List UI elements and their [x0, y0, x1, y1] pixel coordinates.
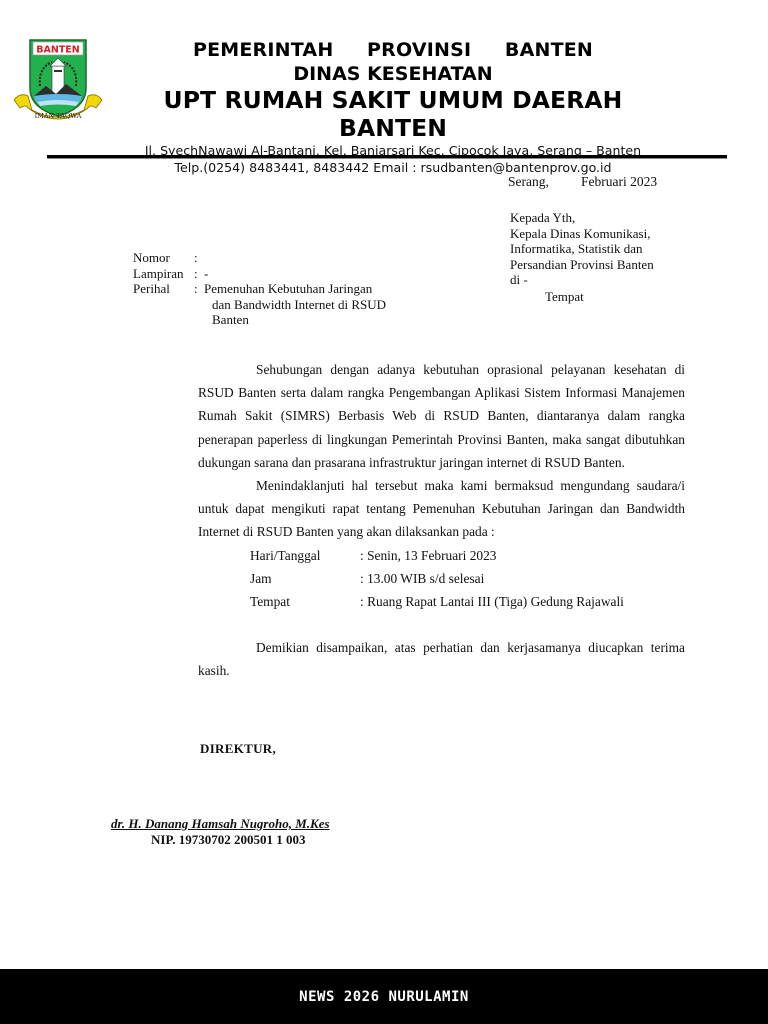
- body-paragraph-1: Sehubungan dengan adanya kebutuhan opras…: [198, 358, 685, 474]
- letter-meta: Nomor : Lampiran : - Perihal : Pemenuhan…: [133, 250, 444, 328]
- signatory-title: DIREKTUR,: [200, 741, 276, 757]
- addressee-line: Kepala Dinas Komunikasi,: [510, 226, 654, 242]
- meeting-details: Hari/Tanggal : Senin, 13 Februari 2023 J…: [250, 544, 685, 614]
- meta-nomor: Nomor :: [133, 250, 444, 266]
- addressee-line: Persandian Provinsi Banten: [510, 257, 654, 273]
- crest-banner-text: BANTEN: [36, 45, 80, 56]
- letterhead-hospital-name: UPT RUMAH SAKIT UMUM DAERAH BANTEN: [112, 86, 674, 142]
- addressee-location: Tempat: [510, 289, 654, 305]
- letterhead-government: PEMERINTAH PROVINSI BANTEN: [112, 38, 674, 62]
- footer-banner: NEWS 2026 NURULAMIN: [0, 969, 768, 1024]
- nomor-label: Nomor: [133, 250, 194, 266]
- perihal-line: dan Bandwidth Internet di RSUD: [204, 297, 444, 313]
- letter-body: Sehubungan dengan adanya kebutuhan opras…: [198, 358, 685, 683]
- signatory-name: dr. H. Danang Hamsah Nugroho, M.Kes: [111, 816, 330, 832]
- perihal-line: Banten: [204, 312, 444, 328]
- separator: :: [194, 266, 204, 282]
- letterhead-divider: [47, 155, 727, 159]
- detail-value: : 13.00 WIB s/d selesai: [360, 567, 484, 590]
- addressee-greeting: Kepada Yth,: [510, 210, 654, 226]
- detail-row-place: Tempat : Ruang Rapat Lantai III (Tiga) G…: [250, 590, 685, 613]
- signatory-nip: NIP. 19730702 200501 1 003: [111, 832, 330, 848]
- addressee-line: Informatika, Statistik dan: [510, 241, 654, 257]
- detail-label: Hari/Tanggal: [250, 544, 360, 567]
- signature-block: dr. H. Danang Hamsah Nugroho, M.Kes NIP.…: [111, 816, 330, 848]
- letterhead-department: DINAS KESEHATAN: [112, 62, 674, 86]
- date-place: Serang,: [508, 174, 581, 190]
- meta-perihal: Perihal : Pemenuhan Kebutuhan Jaringan d…: [133, 281, 444, 328]
- letter-date: Serang,Februari 2023: [508, 174, 657, 190]
- date-month-year: Februari 2023: [581, 174, 657, 189]
- detail-row-date: Hari/Tanggal : Senin, 13 Februari 2023: [250, 544, 685, 567]
- detail-label: Tempat: [250, 590, 360, 613]
- closing-paragraph: Demikian disampaikan, atas perhatian dan…: [198, 636, 685, 682]
- perihal-value: Pemenuhan Kebutuhan Jaringan dan Bandwid…: [204, 281, 444, 328]
- detail-label: Jam: [250, 567, 360, 590]
- addressee-block: Kepada Yth, Kepala Dinas Komunikasi, Inf…: [510, 210, 654, 304]
- separator: :: [194, 281, 204, 328]
- meta-lampiran: Lampiran : -: [133, 266, 444, 282]
- body-paragraph-2: Menindaklanjuti hal tersebut maka kami b…: [198, 474, 685, 544]
- addressee-line: di -: [510, 272, 654, 288]
- detail-value: : Senin, 13 Februari 2023: [360, 544, 497, 567]
- detail-row-time: Jam : 13.00 WIB s/d selesai: [250, 567, 685, 590]
- footer-text: NEWS 2026 NURULAMIN: [299, 989, 469, 1005]
- crest-ribbon-text: IMAN TAQWA: [35, 112, 82, 120]
- detail-value: : Ruang Rapat Lantai III (Tiga) Gedung R…: [360, 590, 624, 613]
- perihal-label: Perihal: [133, 281, 194, 328]
- perihal-line: Pemenuhan Kebutuhan Jaringan: [204, 281, 444, 297]
- lampiran-label: Lampiran: [133, 266, 194, 282]
- banten-crest-icon: BANTEN IMAN TAQWA: [10, 36, 106, 124]
- lampiran-value: -: [204, 266, 208, 282]
- separator: :: [194, 250, 204, 266]
